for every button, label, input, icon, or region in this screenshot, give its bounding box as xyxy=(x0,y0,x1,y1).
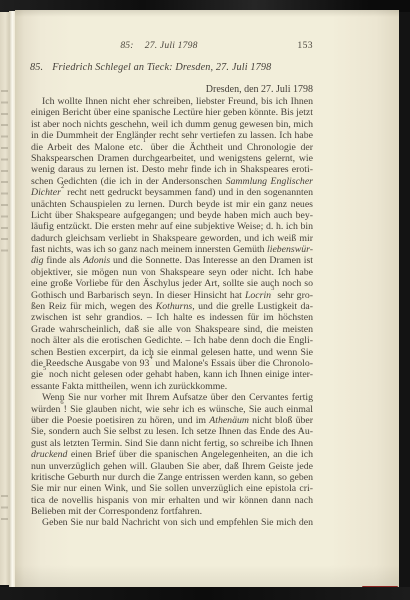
body-line: Sie, sondern auch Sie selbst zu lesen. I… xyxy=(31,426,313,437)
body-line: Belieben mit der Correspondenz fortfahre… xyxy=(31,506,313,517)
body-line: schen Bestien excerpirt, da ich sie einm… xyxy=(31,347,313,358)
body-line: Dichter2 recht nett gedruckt beysammen f… xyxy=(31,187,313,198)
body-line: in die Dummheit der Engländer recht sehr… xyxy=(31,130,313,141)
running-head-title: 85:27. Juli 1798 xyxy=(31,40,287,51)
facing-page-edge xyxy=(0,12,9,585)
body-line: essante Fakta mittheilen, wenn ich zurüc… xyxy=(31,381,313,392)
body-line: fast nichts, was ich so ganz nach meinem… xyxy=(31,244,313,255)
body-line: wenig daraus zu lernen ist. Desto mehr f… xyxy=(31,164,313,175)
body-line: druckend einen Brief über die spanischen… xyxy=(31,449,313,460)
body-line: unächten Schauspielen zu lernen. Durch b… xyxy=(31,199,313,210)
body-line: Ich wollte Ihnen nicht eher schreiben, l… xyxy=(31,96,313,107)
facing-page-text-shadow xyxy=(1,90,8,260)
body-line: Shakspearschen Dramen durchgearbeitet, u… xyxy=(31,153,313,164)
body-line: Gothisch und Barbarisch seyn. In dieser … xyxy=(31,290,313,301)
body-line: tica de novellis hispanis von mir erhalt… xyxy=(31,495,313,506)
body-line: schen Gedichten (die ich in der Anderson… xyxy=(31,176,313,187)
letter-heading: 85.Friedrich Schlegel an Tieck: Dresden,… xyxy=(30,62,360,73)
dateline: Dresden, den 27. Juli 1798 xyxy=(31,84,313,95)
book-scan: { "page": { "running_head": { "number": … xyxy=(0,0,410,600)
body-line: Wenn Sie nur vorher mit Ihrem Aufsatze ü… xyxy=(31,392,313,403)
body-line: objektiver, sie mögen nun von Shakspeare… xyxy=(31,267,313,278)
body-line: Geben Sie nur bald Nachricht von sich un… xyxy=(31,517,313,528)
body-line: dadurch gleichsam verliebt in Shakspeare… xyxy=(31,233,313,244)
page-number: 153 xyxy=(297,40,313,51)
body-line: gust als letzten Termin. Sind Sie dann n… xyxy=(31,438,313,449)
body-line: über die Poesie poetisiren zu hören, und… xyxy=(31,415,313,426)
letter-body: Ich wollte Ihnen nicht eher schreiben, l… xyxy=(31,96,313,529)
body-line: einigen Bericht über eine spanische Lect… xyxy=(31,107,313,118)
body-line: gie5 noch nicht gelesen oder gehabt habe… xyxy=(31,369,313,380)
body-line: ßen Reiz für mich, wegen des Kothurns, u… xyxy=(31,301,313,312)
scan-black-border-bottom xyxy=(0,587,410,600)
body-line: würden6! Sie glauben nicht, wie sehr ich… xyxy=(31,404,313,415)
body-line: läufig entzückt. Die ersten mehr auf ein… xyxy=(31,221,313,232)
letter-title: Friedrich Schlegel an Tieck: Dresden, 27… xyxy=(52,62,271,73)
body-line: die Reedsche Ausgabe von 934 und Malone'… xyxy=(31,358,313,369)
body-line: ist aber noch nichts geschehn, weil ich … xyxy=(31,119,313,130)
body-line: zwischen ist sehr grandios. – Ich halte … xyxy=(31,312,313,323)
letter-number: 85. xyxy=(30,62,43,73)
body-line: Licht über Shakspeare aufgegangen; und b… xyxy=(31,210,313,221)
running-head-date: 27. Juli 1798 xyxy=(145,40,198,51)
body-line: Grade wahrscheinlich, daß sie alle von S… xyxy=(31,324,313,335)
body-line: kritische Geburth nur durch die Zange en… xyxy=(31,472,313,483)
body-line: noch älter als die erotischen Gedichte. … xyxy=(31,335,313,346)
running-head-letter-number: 85: xyxy=(120,40,133,51)
body-line: dig finde als Adonis und die Sonnette. D… xyxy=(31,255,313,266)
body-line: die Arbeit des Malone etc.1 über die Äch… xyxy=(31,142,313,153)
facing-page-text-shadow xyxy=(1,495,8,529)
body-line: Sie mir nur einen Wink, und Sie sollen u… xyxy=(31,483,313,494)
running-head: 85:27. Juli 1798 153 xyxy=(31,40,313,52)
body-line: nun unverzüglich gehen will. Glauben Sie… xyxy=(31,461,313,472)
